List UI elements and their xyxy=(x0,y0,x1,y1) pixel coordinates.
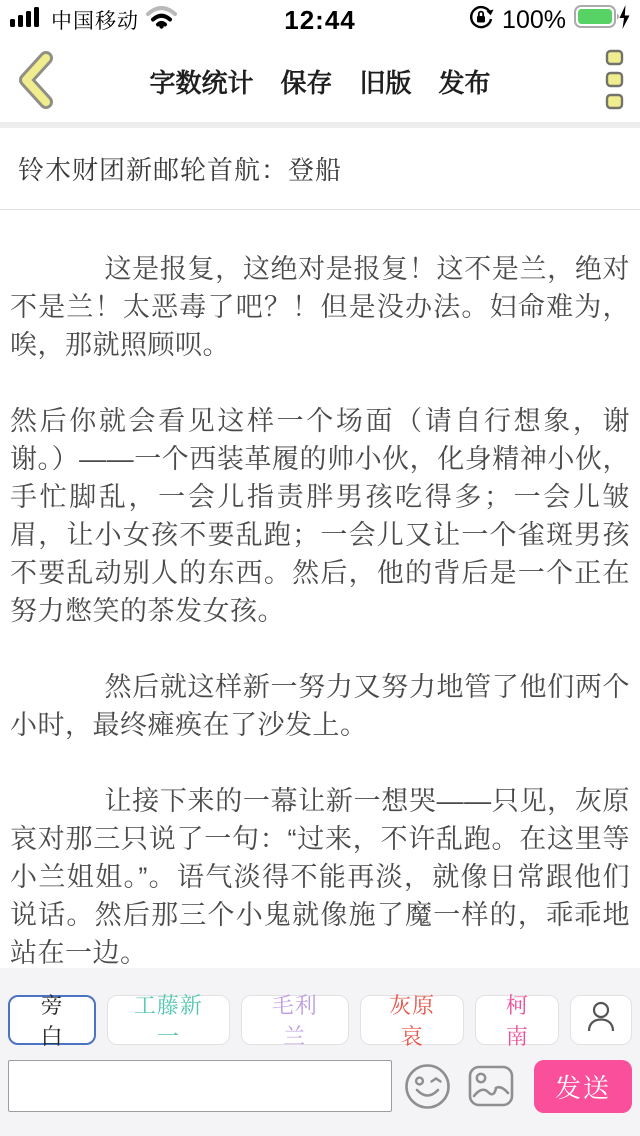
document-title: 铃木财团新邮轮首航：登船 xyxy=(18,150,342,187)
save-button[interactable]: 保存 xyxy=(280,63,332,100)
paragraph: 这是报复，这绝对是报复！这不是兰，绝对不是兰！太恶毒了吧？！但是没办法。妇命难为… xyxy=(10,250,630,364)
app-screen: 中国移动 12:44 100% xyxy=(0,0,640,1136)
character-button-conan[interactable]: 柯南 xyxy=(475,995,559,1045)
message-input-row: 发送 xyxy=(8,1060,632,1112)
clock: 12:44 xyxy=(240,5,400,36)
word-count-button[interactable]: 字数统计 xyxy=(149,63,253,100)
character-bar: 旁白 工藤新一 毛利兰 灰原哀 柯南 xyxy=(8,995,632,1045)
paragraph: 让接下来的一幕让新一想哭——只见，灰原哀对那三只说了一句：“过来，不许乱跑。在这… xyxy=(10,782,630,968)
composer-panel: 旁白 工藤新一 毛利兰 灰原哀 柯南 xyxy=(0,968,640,1136)
signal-bars-icon xyxy=(10,6,44,34)
image-button[interactable] xyxy=(468,1065,514,1107)
paragraph: 然后就这样新一努力又努力地管了他们两个小时，最终瘫痪在了沙发上。 xyxy=(10,668,630,744)
battery-charging-icon xyxy=(574,4,630,36)
kebab-squares-icon xyxy=(604,100,626,115)
add-character-button[interactable] xyxy=(570,995,632,1045)
chevron-left-icon xyxy=(14,97,58,112)
publish-button[interactable]: 发布 xyxy=(439,63,491,100)
battery-percent-label: 100% xyxy=(502,6,566,35)
nav-bar: 字数统计 保存 旧版 发布 xyxy=(0,40,640,122)
story-text-area[interactable]: 这是报复，这绝对是报复！这不是兰，绝对不是兰！太恶毒了吧？！但是没办法。妇命难为… xyxy=(0,210,640,968)
back-button[interactable] xyxy=(14,51,58,112)
message-input[interactable] xyxy=(8,1060,392,1112)
old-version-button[interactable]: 旧版 xyxy=(360,63,412,100)
paragraph: 然后你就会看见这样一个场面（请自行想象，谢谢。）——一个西装革履的帅小伙，化身精… xyxy=(10,402,630,630)
character-button-narration[interactable]: 旁白 xyxy=(8,995,96,1045)
character-button-haibara-ai[interactable]: 灰原哀 xyxy=(360,995,464,1045)
wifi-icon xyxy=(146,6,177,35)
carrier-label: 中国移动 xyxy=(51,5,139,35)
rotation-lock-icon xyxy=(468,4,494,36)
person-icon xyxy=(586,1001,616,1039)
title-bar[interactable]: 铃木财团新邮轮首航：登船 xyxy=(0,128,640,210)
emoji-button[interactable] xyxy=(404,1063,451,1110)
picture-icon xyxy=(468,1095,514,1110)
menu-button[interactable] xyxy=(604,48,626,115)
status-bar: 中国移动 12:44 100% xyxy=(0,0,640,40)
character-button-mouri-ran[interactable]: 毛利兰 xyxy=(241,995,349,1045)
wink-smiley-icon xyxy=(404,1098,451,1113)
send-button[interactable]: 发送 xyxy=(534,1060,632,1113)
character-button-kudo-shinichi[interactable]: 工藤新一 xyxy=(107,995,229,1045)
